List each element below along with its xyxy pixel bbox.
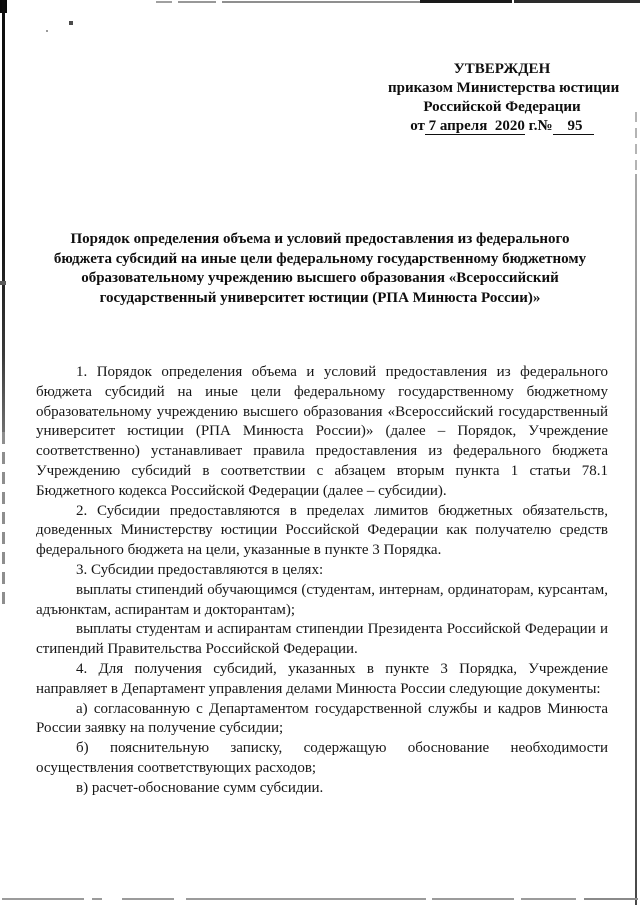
scan-edge-bottom-line bbox=[92, 898, 102, 900]
scan-edge-top-line bbox=[222, 1, 420, 3]
scan-edge-bottom-line bbox=[521, 898, 576, 900]
scanned-document-page: { "page": { "background": "#ffffff", "te… bbox=[0, 0, 640, 905]
date-value-underlined: 7 апреля 2020 bbox=[425, 118, 525, 135]
scan-noise-speck bbox=[46, 30, 48, 32]
paragraph-3-item-1: выплаты стипендий обучающимся (студентам… bbox=[36, 581, 608, 621]
scan-edge-top-line bbox=[178, 1, 216, 3]
approval-line-approved: УТВЕРЖДЕН bbox=[388, 60, 616, 79]
scan-edge-bottom-line bbox=[584, 898, 638, 900]
scan-edge-bottom-line bbox=[2, 898, 84, 900]
date-middle: г.№ bbox=[525, 118, 553, 134]
paragraph-4-item-v: в) расчет-обоснование сумм субсидии. bbox=[36, 779, 608, 799]
scan-edge-bottom-line bbox=[122, 898, 174, 900]
scan-edge-right-line bbox=[635, 112, 637, 174]
scan-edge-left-dashes bbox=[2, 432, 5, 604]
order-number-underlined: 95 bbox=[553, 118, 594, 135]
scan-edge-bottom-line bbox=[432, 898, 514, 900]
scan-edge-right-line bbox=[635, 174, 637, 905]
scan-edge-left-notch bbox=[0, 281, 6, 285]
scan-edge-top-line bbox=[514, 0, 640, 3]
paragraph-2: 2. Субсидии предоставляются в пределах л… bbox=[36, 502, 608, 561]
scan-noise-speck bbox=[69, 21, 73, 25]
date-prefix: от bbox=[410, 118, 425, 134]
scan-edge-bottom-line bbox=[186, 898, 426, 900]
approval-block: УТВЕРЖДЕН приказом Министерства юстиции … bbox=[388, 60, 616, 136]
scan-edge-top-line bbox=[420, 0, 512, 3]
approval-date-line: от 7 апреля 2020 г.№ 95 bbox=[388, 117, 616, 136]
scan-edge-top-line bbox=[156, 1, 172, 3]
scan-edge-left-bar bbox=[2, 0, 5, 432]
paragraph-3-item-2: выплаты студентам и аспирантам стипендии… bbox=[36, 620, 608, 660]
document-body: 1. Порядок определения объема и условий … bbox=[36, 363, 608, 799]
paragraph-4: 4. Для получения субсидий, указанных в п… bbox=[36, 660, 608, 700]
paragraph-4-item-b: б) пояснительную записку, содержащую обо… bbox=[36, 739, 608, 779]
paragraph-3: 3. Субсидии предоставляются в целях: bbox=[36, 561, 608, 581]
paragraph-1: 1. Порядок определения объема и условий … bbox=[36, 363, 608, 502]
approval-line-federation: Российской Федерации bbox=[388, 98, 616, 117]
approval-line-by-order: приказом Министерства юстиции bbox=[388, 79, 616, 98]
document-title: Порядок определения объема и условий пре… bbox=[40, 230, 600, 308]
paragraph-4-item-a: а) согласованную с Департаментом государ… bbox=[36, 700, 608, 740]
